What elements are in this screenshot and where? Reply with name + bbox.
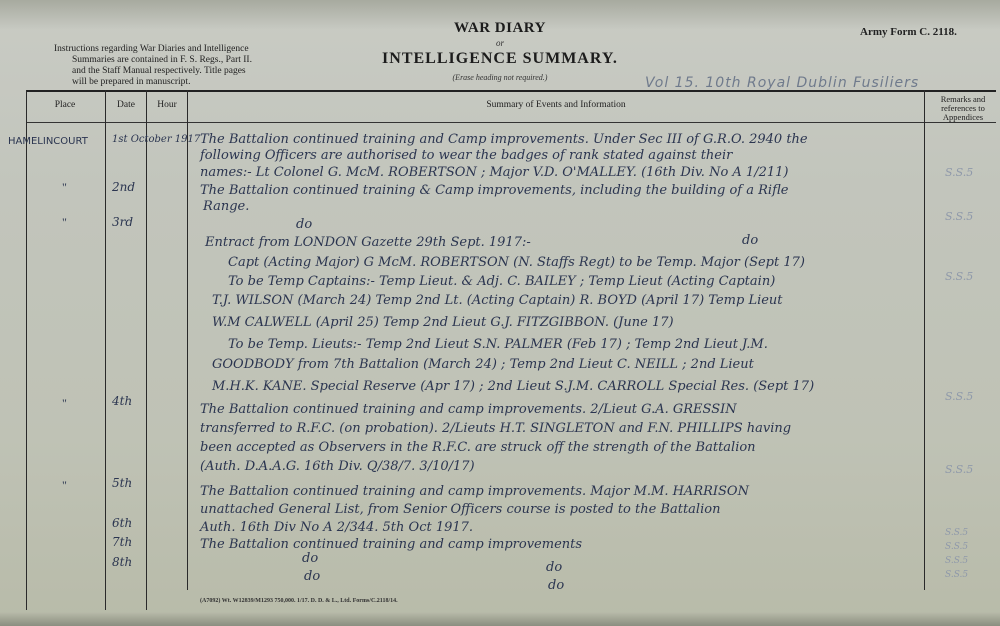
- diary-line: unattached General List, from Senior Off…: [200, 502, 720, 517]
- diary-line: To be Temp Captains:- Temp Lieut. & Adj.…: [228, 274, 775, 289]
- remark-reference: S.S.5: [945, 556, 968, 566]
- ditto-mark: ": [62, 215, 67, 230]
- ditto-mark: ": [62, 396, 67, 411]
- diary-line: names:- Lt Colonel G. McM. ROBERTSON ; M…: [200, 165, 788, 180]
- date-cell: 3rd: [112, 215, 133, 229]
- diary-line: Capt (Acting Major) G McM. ROBERTSON (N.…: [228, 255, 805, 270]
- remark-reference: S.S.5: [945, 210, 973, 223]
- diary-line: do: [302, 551, 318, 566]
- column-divider: [146, 90, 147, 610]
- date-cell: 7th: [112, 535, 132, 549]
- column-header-rule: [26, 122, 996, 123]
- war-diary-page: Instructions regarding War Diaries and I…: [0, 0, 1000, 626]
- column-divider: [26, 90, 27, 610]
- diary-line: The Battalion continued training and cam…: [200, 402, 737, 417]
- remark-reference: S.S.5: [945, 570, 968, 580]
- diary-line: W.M CALWELL (April 25) Temp 2nd Lieut G.…: [212, 315, 674, 330]
- date-cell: 6th: [112, 516, 132, 530]
- place-cell: HAMELINCOURT: [8, 136, 88, 147]
- diary-line: The Battalion continued training and cam…: [200, 484, 749, 499]
- form-title-intelligence-summary: INTELLIGENCE SUMMARY.: [0, 50, 1000, 68]
- date-cell: 5th: [112, 476, 132, 490]
- diary-line: Auth. 16th Div No A 2/344. 5th Oct 1917.: [200, 520, 473, 535]
- form-title-war-diary: WAR DIARY: [0, 20, 1000, 37]
- form-title-or: or: [0, 38, 1000, 48]
- diary-line: following Officers are authorised to wea…: [200, 148, 732, 163]
- diary-line: been accepted as Observers in the R.F.C.…: [200, 440, 756, 455]
- diary-line: (Auth. D.A.A.G. 16th Div. Q/38/7. 3/10/1…: [200, 459, 475, 474]
- diary-line: To be Temp. Lieuts:- Temp 2nd Lieut S.N.…: [228, 337, 768, 352]
- diary-line: GOODBODY from 7th Battalion (March 24) ;…: [212, 357, 754, 372]
- date-cell: 1st October 1917: [112, 134, 200, 145]
- diary-line: The Battalion continued training and Cam…: [200, 132, 808, 147]
- remark-reference: S.S.5: [945, 528, 968, 538]
- printer-imprint: (A7092) Wt. W12839/M1293 750,000. 1/17. …: [200, 598, 398, 604]
- diary-line: do: [304, 569, 320, 584]
- diary-line: do: [742, 233, 758, 248]
- diary-line: Entract from LONDON Gazette 29th Sept. 1…: [205, 235, 531, 250]
- remark-reference: S.S.5: [945, 166, 973, 179]
- remark-reference: S.S.5: [945, 270, 973, 283]
- diary-line: T.J. WILSON (March 24) Temp 2nd Lt. (Act…: [212, 293, 783, 308]
- remark-reference: S.S.5: [945, 542, 968, 552]
- date-cell: 4th: [112, 394, 132, 408]
- date-cell: 2nd: [112, 180, 135, 194]
- diary-line: Range.: [203, 199, 249, 214]
- column-header-summary: Summary of Events and Information: [188, 100, 924, 110]
- page-edge-shadow: [0, 612, 1000, 626]
- ditto-mark: ": [62, 180, 67, 195]
- diary-line: The Battalion continued training and cam…: [200, 537, 582, 552]
- column-header-place: Place: [40, 100, 90, 110]
- date-cell: 8th: [112, 555, 132, 569]
- remark-reference: S.S.5: [945, 390, 973, 403]
- diary-line: do: [548, 578, 564, 593]
- diary-line: transferred to R.F.C. (on probation). 2/…: [200, 421, 791, 436]
- column-divider: [187, 90, 188, 590]
- ditto-mark: ": [62, 478, 67, 493]
- diary-line: M.H.K. KANE. Special Reserve (Apr 17) ; …: [212, 379, 814, 394]
- diary-line: do: [296, 217, 312, 232]
- army-form-number: Army Form C. 2118.: [860, 26, 957, 38]
- header-rule: [26, 90, 996, 92]
- diary-line: do: [546, 560, 562, 575]
- column-header-date: Date: [106, 100, 146, 110]
- column-divider: [105, 90, 106, 610]
- volume-annotation: Vol 15. 10th Royal Dublin Fusiliers: [645, 75, 919, 91]
- column-header-hour: Hour: [147, 100, 187, 110]
- column-header-remarks: Remarks and references to Appendices: [930, 95, 996, 122]
- remark-reference: S.S.5: [945, 463, 973, 476]
- diary-line: The Battalion continued training & Camp …: [200, 183, 788, 198]
- column-divider: [924, 90, 925, 590]
